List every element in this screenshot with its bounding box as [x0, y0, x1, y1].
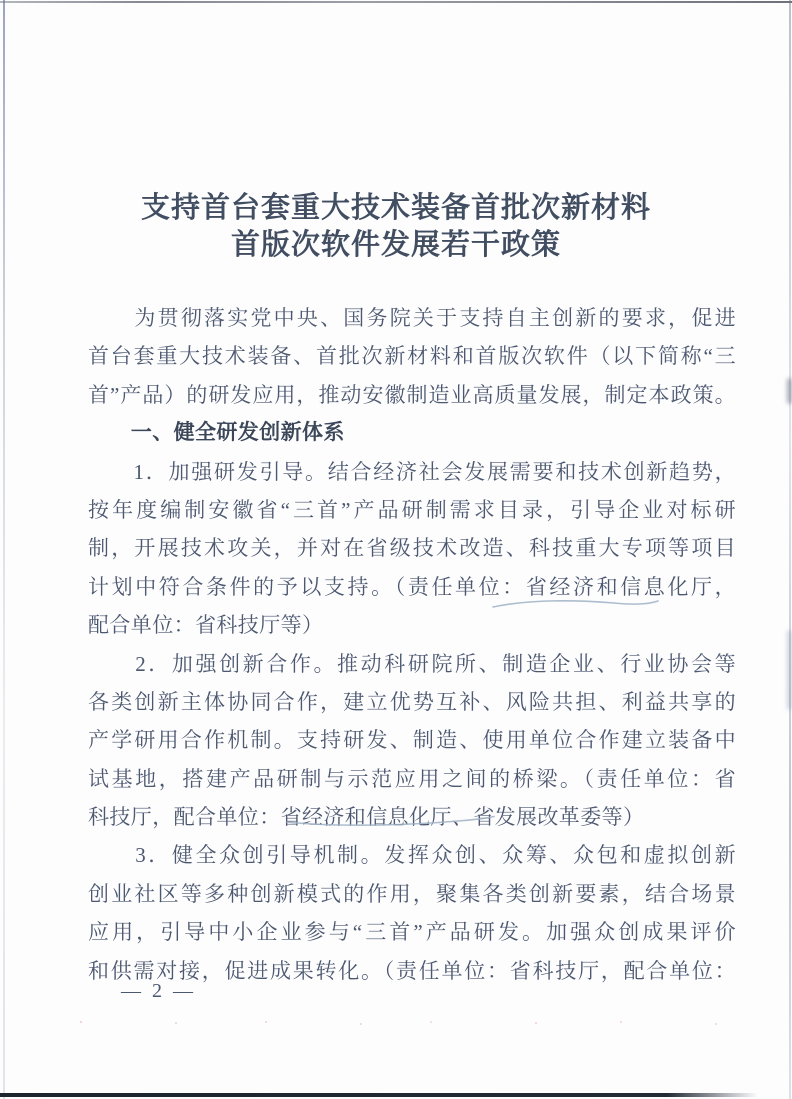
title-line-2: 首版次软件发展若干政策 [0, 227, 792, 264]
scan-edge-right [789, 0, 791, 1099]
text-line: 首台套重大技术装备、首批次新材料和首版次软件（以下简称“三 [88, 337, 736, 375]
scan-edge-bottom [0, 1093, 758, 1097]
scan-smudge [787, 378, 792, 404]
text-line: 应用，引导中小企业参与“三首”产品研发。加强众创成果评价 [88, 913, 736, 951]
text-line: 科技厅，配合单位：省经济和信息化厅、省发展改革委等） [88, 798, 736, 836]
text-line: 1．加强研发引导。结合经济社会发展需要和技术创新趋势， [88, 453, 736, 491]
text-line: 首”产品）的研发应用，推动安徽制造业高质量发展，制定本政策。 [88, 376, 736, 414]
text-line: 计划中符合条件的予以支持。（责任单位：省经济和信息化厅， [88, 568, 736, 606]
text-line: 制，开展技术攻关，并对在省级技术改造、科技重大专项等项目 [88, 529, 736, 567]
section-heading: 一、健全研发创新体系 [88, 414, 736, 452]
text-line: 2．加强创新合作。推动科研院所、制造企业、行业协会等 [88, 645, 736, 683]
scan-speckles [80, 1021, 82, 1023]
scanned-page: 支持首台套重大技术装备首批次新材料 首版次软件发展若干政策 为贯彻落实党中央、国… [0, 0, 792, 1099]
title-line-1: 支持首台套重大技术装备首批次新材料 [0, 190, 792, 227]
text-line: 3．健全众创引导机制。发挥众创、众筹、众包和虚拟创新 [88, 836, 736, 874]
text-line: 试基地，搭建产品研制与示范应用之间的桥梁。（责任单位：省 [88, 760, 736, 798]
scan-smudge [787, 630, 792, 710]
page-number: — 2 — [121, 979, 196, 1003]
document-body: 为贯彻落实党中央、国务院关于支持自主创新的要求，促进 首台套重大技术装备、首批次… [88, 299, 736, 990]
text-line: 为贯彻落实党中央、国务院关于支持自主创新的要求，促进 [88, 299, 736, 337]
scan-edge-left [3, 0, 5, 1099]
scan-edge-top [0, 1, 792, 3]
text-line: 配合单位：省科技厅等） [88, 606, 736, 644]
text-line: 产学研用合作机制。支持研发、制造、使用单位合作建立装备中 [88, 721, 736, 759]
text-line: 各类创新主体协同合作，建立优势互补、风险共担、利益共享的 [88, 683, 736, 721]
document-title: 支持首台套重大技术装备首批次新材料 首版次软件发展若干政策 [0, 190, 792, 264]
text-line: 创业社区等多种创新模式的作用，聚集各类创新要素，结合场景 [88, 875, 736, 913]
text-line: 按年度编制安徽省“三首”产品研制需求目录，引导企业对标研 [88, 491, 736, 529]
